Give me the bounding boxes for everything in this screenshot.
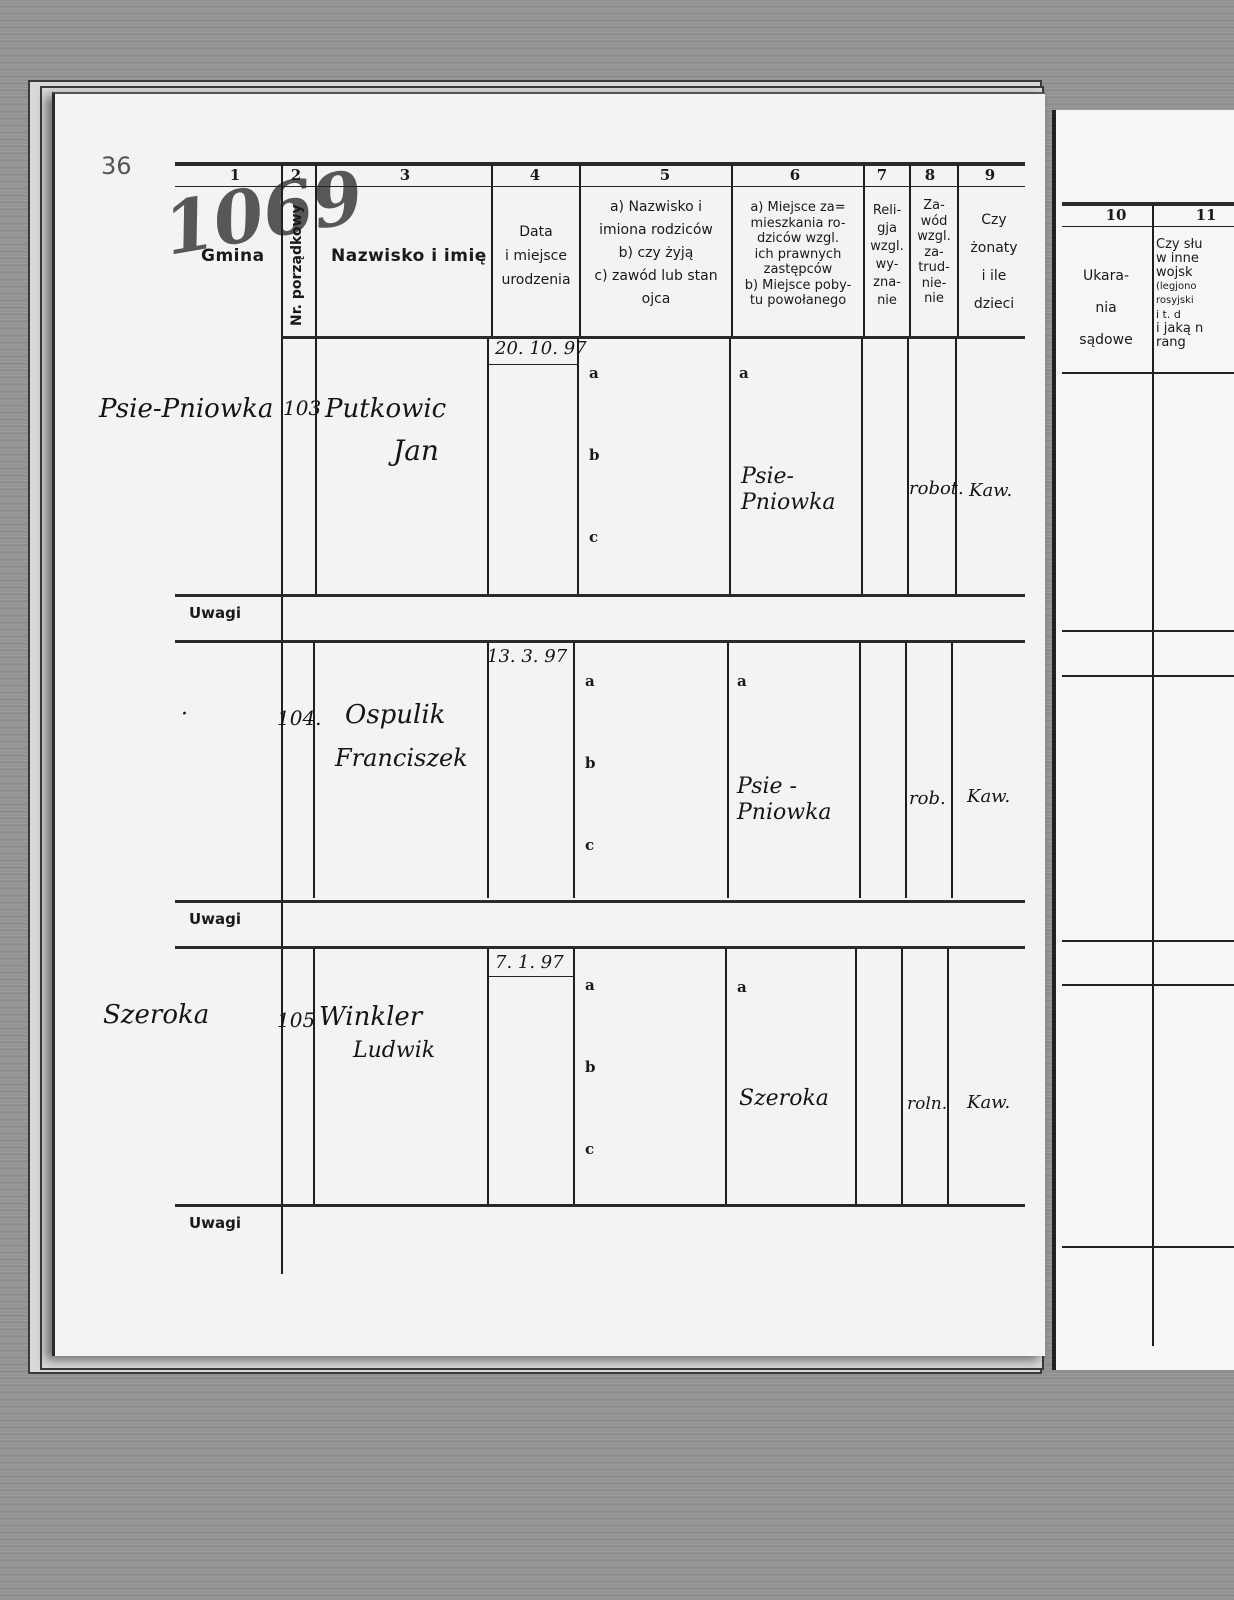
- entry-nr: 103: [283, 396, 321, 420]
- sub-label-b: b: [585, 754, 596, 772]
- header-col6: a) Miejsce za= mieszkania ro- dziców wzg…: [733, 200, 863, 309]
- remarks-label: Uwagi: [189, 910, 241, 928]
- column-number-9: 9: [965, 166, 1015, 184]
- header-col1: Gmina: [201, 246, 265, 266]
- sub-label-b: b: [589, 446, 600, 464]
- column-number-4: 4: [505, 166, 565, 184]
- entry-residence: Psie- Pniowka: [741, 464, 836, 516]
- column-number-2: 2: [281, 166, 311, 184]
- entry-marital: Kaw.: [967, 1092, 1010, 1113]
- register-page: 36 1069 1 2 3 4 5 6 7 8 9 Gmina Nr. porz…: [52, 92, 1045, 1356]
- entry-nr: 105: [277, 1008, 315, 1032]
- entry-given-name: Franciszek: [335, 744, 468, 772]
- entry-occupation: roln.: [907, 1094, 947, 1114]
- entry-birth-date: 7. 1. 97: [495, 952, 564, 973]
- entry-gmina: Szeroka: [103, 1000, 209, 1030]
- entry-surname: Putkowic: [325, 394, 446, 424]
- remarks-label: Uwagi: [189, 1214, 241, 1232]
- header-col3: Nazwisko i imię: [331, 246, 487, 266]
- right-facing-page: 10 11 Ukara- nia sądowe Czy słu w inne w…: [1052, 110, 1234, 1370]
- entry-residence: Psie - Pniowka: [737, 774, 832, 826]
- column-number-7: 7: [867, 166, 897, 184]
- entry-surname: Winkler: [319, 1002, 422, 1032]
- sub-label-a: a: [585, 672, 595, 690]
- remarks-label: Uwagi: [189, 604, 241, 622]
- entry-birth-date: 13. 3. 97: [487, 646, 567, 667]
- column-number-5: 5: [635, 166, 695, 184]
- sub-label-a: a: [737, 672, 747, 690]
- entry-residence: Szeroka: [739, 1086, 829, 1112]
- column-number-10: 10: [1096, 206, 1136, 224]
- column-number-1: 1: [205, 166, 265, 184]
- sub-label-c: c: [585, 1140, 594, 1158]
- header-col10: Ukara- nia sądowe: [1066, 260, 1146, 356]
- entry-gmina: Psie-Pniowka: [99, 394, 273, 424]
- sub-label-a: a: [739, 364, 749, 382]
- entry-given-name: Ludwik: [353, 1038, 435, 1063]
- column-number-6: 6: [765, 166, 825, 184]
- entry-given-name: Jan: [393, 434, 439, 467]
- entry-marital: Kaw.: [967, 786, 1010, 807]
- sub-label-a: a: [589, 364, 599, 382]
- entry-birth-date: 20. 10. 97: [495, 338, 587, 359]
- header-col5: a) Nazwisko i imiona rodziców b) czy żyj…: [581, 196, 731, 311]
- header-col8: Za- wód wzgl. za- trud- nie- nie: [911, 198, 957, 307]
- entry-surname: Ospulik: [345, 700, 445, 730]
- sub-label-a: a: [737, 978, 747, 996]
- column-number-11: 11: [1186, 206, 1226, 224]
- entry-marital: Kaw.: [969, 480, 1012, 501]
- header-col11: Czy słu w inne wojsk (legjono rosyjski i…: [1156, 238, 1234, 350]
- header-col9: Czy żonaty i ile dzieci: [959, 206, 1029, 318]
- sub-label-a: a: [585, 976, 595, 994]
- sub-label-c: c: [589, 528, 598, 546]
- sub-label-b: b: [585, 1058, 596, 1076]
- sub-label-c: c: [585, 836, 594, 854]
- header-col7: Reli- gja wzgl. wy- zna- nie: [865, 202, 909, 310]
- column-number-3: 3: [375, 166, 435, 184]
- header-col4: Data i miejsce urodzenia: [493, 220, 579, 292]
- entry-nr: 104.: [277, 706, 322, 730]
- entry-occupation: robot.: [909, 478, 964, 499]
- page-number-pencil: 36: [101, 152, 132, 180]
- entry-occupation: rob.: [909, 788, 946, 809]
- header-col2: Nr. porządkowy: [289, 204, 305, 326]
- column-number-8: 8: [915, 166, 945, 184]
- entry-gmina: ·: [181, 702, 188, 727]
